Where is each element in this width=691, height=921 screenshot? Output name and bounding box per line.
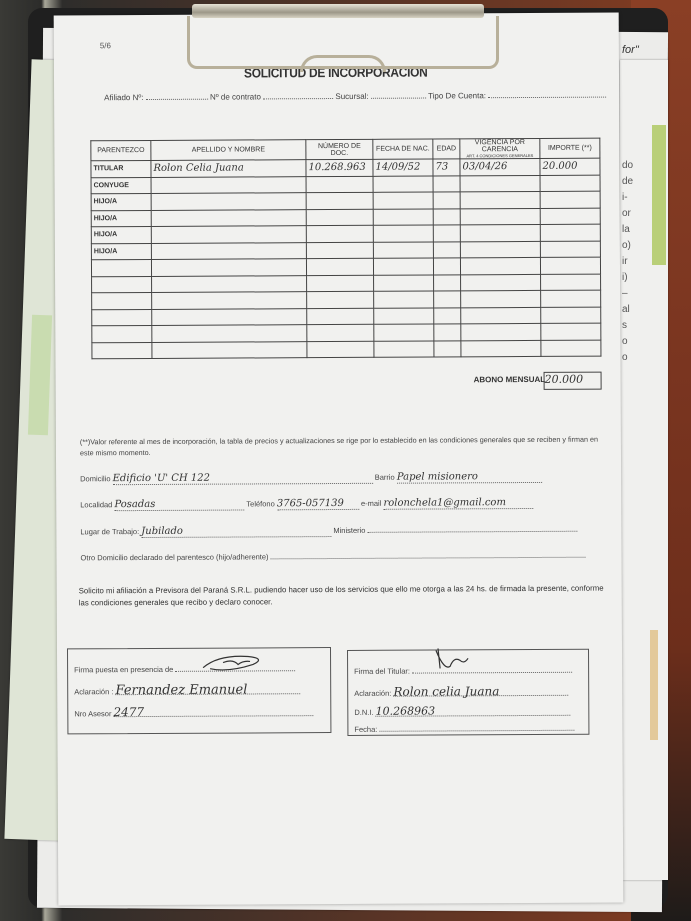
background-side-line: o: [622, 336, 633, 348]
cell-age[interactable]: [433, 241, 460, 258]
cell-birth[interactable]: [374, 291, 434, 308]
col-doc: NÚMERO DE DOC.: [306, 139, 373, 159]
holder-fecha-label: Fecha:: [354, 725, 377, 734]
background-side-line: or: [622, 208, 633, 220]
col-importe: IMPORTE (**): [540, 138, 600, 158]
cell-name[interactable]: [151, 226, 306, 243]
background-side-line: i-: [622, 192, 633, 204]
advisor-signature-scribble: [198, 652, 268, 674]
tan-paper-tab: [650, 630, 658, 740]
cell-vigencia[interactable]: [460, 224, 540, 241]
cell-name[interactable]: [152, 308, 307, 325]
cell-name[interactable]: [152, 292, 307, 309]
contrato-field[interactable]: [263, 90, 333, 99]
localidad-field[interactable]: Posadas: [114, 498, 244, 511]
cell-birth[interactable]: [373, 192, 433, 209]
domicilio-label: Domicilio: [80, 474, 110, 483]
cell-name[interactable]: [152, 341, 307, 358]
contrato-label: Nº de contrato: [210, 92, 261, 101]
tipo-cuenta-field[interactable]: [488, 89, 606, 99]
holder-dni-field[interactable]: 10.268963: [376, 704, 571, 717]
cell-importe[interactable]: [541, 290, 601, 307]
col-vigencia: VIGENCIA POR CARENCIAART. 4 CONDICIONES …: [460, 138, 540, 158]
background-side-line: o: [622, 352, 633, 364]
barrio-field[interactable]: Papel misionero: [397, 471, 542, 484]
holder-dni-label: D.N.I.: [354, 708, 373, 717]
domicilio-field[interactable]: Edificio 'U' CH 122: [113, 472, 373, 485]
cell-relation: TITULAR: [91, 160, 151, 177]
cell-name[interactable]: [151, 242, 306, 259]
holder-aclaracion-row: Aclaración: Rolon celia Juana: [354, 684, 568, 698]
cell-vigencia[interactable]: 03/04/26: [460, 158, 540, 175]
cell-age[interactable]: [433, 192, 460, 209]
advisor-aclaracion-row: Aclaración : Fernandez Emanuel: [74, 682, 300, 696]
cell-doc[interactable]: [306, 258, 373, 275]
cell-age[interactable]: 73: [433, 159, 460, 176]
col-nacimiento: FECHA DE NAC.: [373, 139, 433, 159]
cell-vigencia[interactable]: [460, 208, 540, 225]
cell-doc[interactable]: [306, 192, 373, 209]
col-edad: EDAD: [433, 139, 460, 159]
telefono-label: Teléfono: [246, 499, 274, 508]
trabajo-row: Lugar de Trabajo: Jubilado Ministerio: [80, 523, 577, 539]
cell-birth[interactable]: [374, 274, 434, 291]
cell-birth[interactable]: [374, 324, 434, 341]
cell-name[interactable]: [151, 193, 306, 210]
cell-name[interactable]: [152, 325, 307, 342]
cell-age[interactable]: [434, 324, 461, 341]
holder-firma-label: Firma del Titular:: [354, 667, 410, 676]
holder-signature-scribble: [430, 646, 470, 674]
advisor-aclaracion-label: Aclaración :: [74, 687, 113, 696]
sucursal-label: Sucursal:: [335, 92, 368, 101]
cell-name[interactable]: [152, 275, 307, 292]
cell-relation: [92, 325, 152, 342]
cell-importe[interactable]: [540, 257, 600, 274]
cell-importe[interactable]: [541, 307, 601, 324]
domicilio-row: Domicilio Edificio 'U' CH 122 Barrio Pap…: [80, 471, 542, 485]
background-side-line: o): [622, 240, 633, 252]
tipo-cuenta-label: Tipo De Cuenta:: [428, 91, 486, 100]
cell-name[interactable]: [151, 176, 306, 193]
background-side-line: i): [622, 272, 633, 284]
members-table: PARENTEZCO APELLIDO Y NOMBRE NÚMERO DE D…: [90, 138, 601, 360]
email-label: e-mail: [361, 499, 381, 508]
lugar-trabajo-label: Lugar de Trabajo:: [80, 527, 139, 536]
cell-doc[interactable]: [307, 308, 374, 325]
holder-aclaracion-label: Aclaración:: [354, 689, 391, 698]
background-page-text: for": [622, 44, 639, 56]
cell-relation: [91, 259, 151, 276]
advisor-aclaracion-field[interactable]: Fernandez Emanuel: [115, 682, 300, 695]
table-row: [92, 340, 601, 359]
cell-vigencia[interactable]: [460, 175, 540, 192]
cell-doc[interactable]: [307, 291, 374, 308]
afiliado-label: Afiliado Nº:: [104, 93, 143, 102]
otro-domicilio-field[interactable]: [271, 549, 586, 560]
background-side-text: dodei-orlao)iri)–alsoo: [622, 160, 633, 368]
cell-relation: HIJO/A: [91, 210, 151, 227]
cell-birth[interactable]: [373, 242, 433, 259]
cell-doc[interactable]: [307, 275, 374, 292]
cell-relation: HIJO/A: [91, 226, 151, 243]
cell-doc[interactable]: [306, 225, 373, 242]
cell-relation: [92, 309, 152, 326]
cell-doc[interactable]: 10.268.963: [306, 159, 373, 176]
holder-signature-box: Firma del Titular: Aclaración: Rolon cel…: [347, 649, 589, 736]
lugar-trabajo-field[interactable]: Jubilado: [141, 525, 331, 538]
background-side-line: ir: [622, 256, 633, 268]
cell-vigencia[interactable]: [460, 241, 540, 258]
advisor-nro-label: Nro Asesor: [74, 709, 111, 718]
cell-vigencia[interactable]: [461, 274, 541, 291]
cell-relation: HIJO/A: [91, 193, 151, 210]
cell-vigencia[interactable]: [461, 323, 541, 340]
cell-relation: [92, 342, 152, 359]
ministerio-label: Ministerio: [333, 526, 365, 535]
cell-age[interactable]: [434, 340, 461, 357]
holder-fecha-field[interactable]: [379, 722, 574, 732]
cell-age[interactable]: [434, 274, 461, 291]
background-side-line: de: [622, 176, 633, 188]
page-number: 5/6: [100, 41, 111, 50]
cell-importe[interactable]: [540, 224, 600, 241]
cell-birth[interactable]: [373, 258, 433, 275]
abono-mensual-value[interactable]: 20.000: [544, 372, 602, 390]
cell-doc[interactable]: [307, 324, 374, 341]
cell-importe[interactable]: [541, 340, 601, 357]
advisor-nro-row: Nro Asesor 2477: [74, 704, 313, 718]
cell-vigencia[interactable]: [461, 307, 541, 324]
cell-relation: [92, 276, 152, 293]
background-side-line: al: [622, 304, 633, 316]
cell-birth[interactable]: [373, 209, 433, 226]
localidad-label: Localidad: [80, 500, 112, 509]
cell-birth[interactable]: 14/09/52: [373, 159, 433, 176]
cell-age[interactable]: [434, 291, 461, 308]
form-page: 5/6 SOLICITUD DE INCORPORACION Afiliado …: [54, 13, 624, 906]
otro-domicilio-label: Otro Domicilio declarado del parentesco …: [80, 552, 268, 562]
col-vigencia-subtext: ART. 4 CONDICIONES GENERALES: [462, 153, 537, 158]
cell-relation: HIJO/A: [91, 243, 151, 260]
cell-birth[interactable]: [373, 225, 433, 242]
col-nombre: APELLIDO Y NOMBRE: [151, 140, 306, 161]
clipboard-clip-dip: [300, 55, 386, 72]
background-side-line: s: [622, 320, 633, 332]
cell-age[interactable]: [433, 258, 460, 275]
cell-vigencia[interactable]: [461, 340, 541, 357]
cell-doc[interactable]: [306, 209, 373, 226]
table-header-row: PARENTEZCO APELLIDO Y NOMBRE NÚMERO DE D…: [91, 138, 600, 161]
ministerio-field[interactable]: [368, 523, 578, 533]
cell-age[interactable]: [433, 175, 460, 192]
holder-dni-row: D.N.I. 10.268963: [354, 704, 570, 717]
abono-mensual-label: ABONO MENSUAL: [474, 375, 546, 384]
col-parentezco: PARENTEZCO: [91, 140, 151, 160]
header-fields: Afiliado Nº: Nº de contrato Sucursal: Ti…: [104, 89, 606, 103]
holder-fecha-row: Fecha:: [354, 722, 574, 734]
declaration-text: Solicito mi afiliación a Previsora del P…: [79, 583, 614, 610]
holder-aclaracion-field[interactable]: Rolon celia Juana: [393, 684, 568, 697]
cell-name[interactable]: [151, 259, 306, 276]
cell-age[interactable]: [434, 307, 461, 324]
cell-importe[interactable]: [540, 241, 600, 258]
cell-doc[interactable]: [306, 176, 373, 193]
green-brochure-strip: [28, 315, 52, 436]
green-brochure-tab: [652, 125, 666, 265]
cell-importe[interactable]: [540, 175, 600, 192]
cell-name[interactable]: [151, 209, 306, 226]
cell-vigencia[interactable]: [460, 191, 540, 208]
cell-importe[interactable]: [541, 323, 601, 340]
cell-importe[interactable]: [540, 191, 600, 208]
cell-vigencia[interactable]: [461, 290, 541, 307]
cell-age[interactable]: [433, 225, 460, 242]
background-side-line: do: [622, 160, 633, 172]
cell-birth[interactable]: [374, 340, 434, 357]
cell-vigencia[interactable]: [460, 257, 540, 274]
advisor-firma-label: Firma puesta en presencia de: [74, 665, 173, 675]
sucursal-field[interactable]: [371, 90, 426, 99]
cell-birth[interactable]: [373, 176, 433, 193]
cell-age[interactable]: [433, 208, 460, 225]
cell-birth[interactable]: [374, 307, 434, 324]
cell-relation: CONYUGE: [91, 177, 151, 194]
localidad-row: Localidad Posadas Teléfono 3765-057139 e…: [80, 497, 533, 511]
advisor-signature-box: Firma puesta en presencia de Aclaración …: [67, 647, 331, 734]
cell-importe[interactable]: [541, 274, 601, 291]
barrio-label: Barrio: [375, 473, 395, 482]
cell-relation: [92, 292, 152, 309]
email-field[interactable]: rolonchela1@gmail.com: [383, 497, 533, 510]
background-side-line: la: [622, 224, 633, 236]
cell-doc[interactable]: [307, 341, 374, 358]
otro-domicilio-row: Otro Domicilio declarado del parentesco …: [80, 549, 585, 563]
cell-importe[interactable]: [540, 208, 600, 225]
cell-doc[interactable]: [306, 242, 373, 259]
footnote: (**)Valor referente al mes de incorporac…: [80, 434, 610, 459]
advisor-nro-field[interactable]: 2477: [113, 704, 313, 717]
cell-name[interactable]: Rolon Celia Juana: [151, 160, 306, 177]
cell-importe[interactable]: 20.000: [540, 158, 600, 175]
telefono-field[interactable]: 3765-057139: [277, 498, 359, 510]
afiliado-field[interactable]: [146, 91, 208, 100]
background-side-line: –: [622, 288, 633, 300]
col-vigencia-label: VIGENCIA POR CARENCIA: [475, 139, 525, 153]
